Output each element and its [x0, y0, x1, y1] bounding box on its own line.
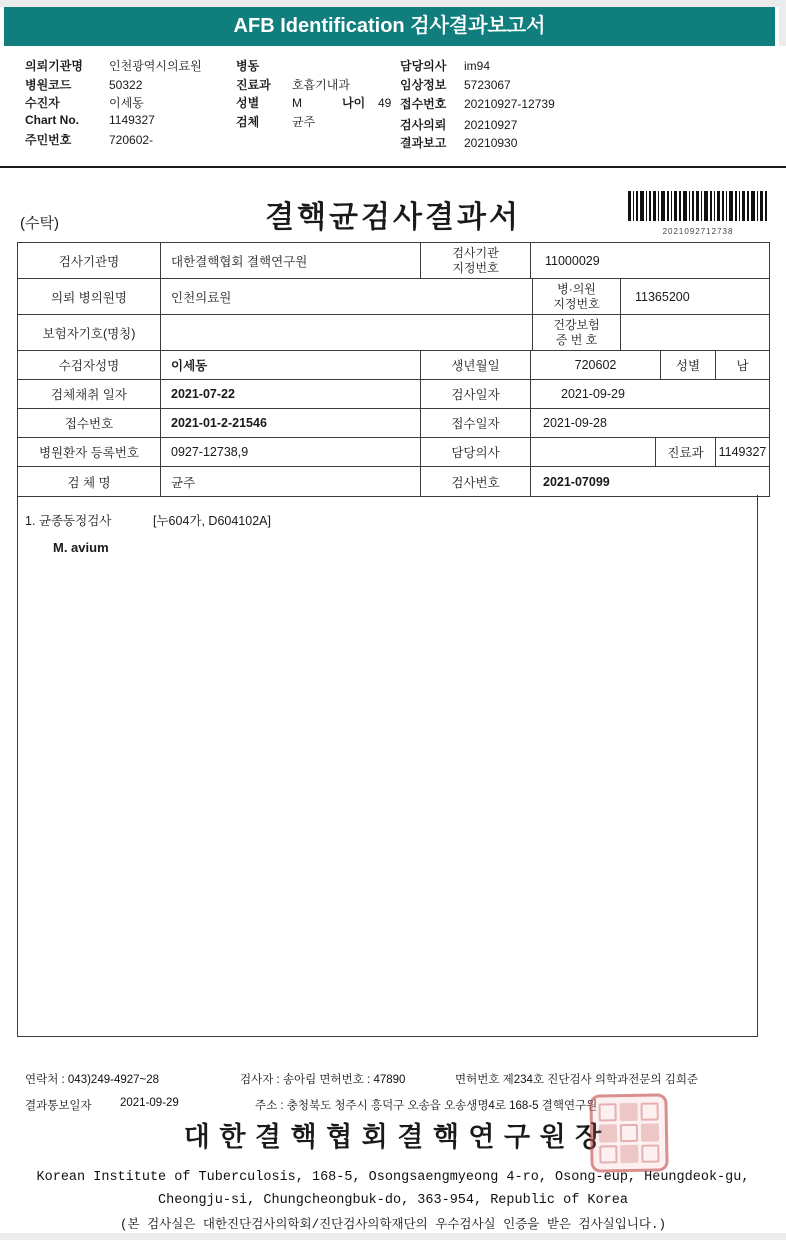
cell-label: 보험자기호(명칭) [18, 315, 161, 350]
cell-label: 담당의사 [421, 438, 531, 466]
field-label: 주민번호 [25, 131, 109, 148]
field-value: 20210930 [464, 136, 517, 150]
table-row: 수검자성명 이세동 생년월일 720602 성별 남 [18, 351, 769, 380]
field-value: 5723067 [464, 78, 511, 92]
cell-label: 수검자성명 [18, 351, 161, 379]
field-label: 담당의사 [400, 57, 464, 74]
address-english-line1: Korean Institute of Tuberculosis, 168-5,… [0, 1170, 786, 1185]
result-organism: M. avium [53, 540, 757, 555]
right-strip [779, 0, 786, 46]
table-row: 검 체 명 균주 검사번호 2021-07099 [18, 467, 769, 496]
report-header-title: AFB Identification 검사결과보고서 [234, 15, 546, 37]
result-test-code: [누604가, D604102A] [153, 511, 271, 529]
field-clinical-info: 임상정보5723067 [400, 76, 511, 93]
barcode-bars [628, 191, 768, 221]
cell-value: 2021-07-22 [161, 380, 421, 408]
field-ward: 병동 [236, 57, 292, 74]
field-value: 50322 [109, 78, 142, 92]
cell-label: 진료과 [656, 438, 716, 466]
field-patient-name: 수진자이세동 [25, 94, 144, 111]
address-english-line2: Cheongju-si, Chungcheongbuk-do, 363-954,… [0, 1193, 786, 1208]
cell-value: 균주 [161, 467, 421, 496]
cell-label: 검사기관명 [18, 243, 161, 278]
footer-contact: 연락처 : 043)249-4927~28 [25, 1071, 159, 1087]
cell-label: 건강보험 증 번 호 [533, 315, 621, 350]
cell-label: 검체채취 일자 [18, 380, 161, 408]
cell-label: 병원환자 등록번호 [18, 438, 161, 466]
result-test-name: 1. 균종동정검사 [25, 511, 153, 529]
field-label: 검사의뢰 [400, 116, 464, 133]
cell-value [531, 438, 656, 466]
field-requesting-org: 의뢰기관명인천광역시의료원 [25, 57, 202, 74]
lab-info-table: 검사기관명 대한결핵협회 결핵연구원 검사기관 지정번호 11000029 의뢰… [17, 242, 770, 497]
bottom-strip [0, 1233, 786, 1240]
table-row: 검사기관명 대한결핵협회 결핵연구원 검사기관 지정번호 11000029 [18, 243, 769, 279]
field-hospital-code: 병원코드50322 [25, 76, 142, 93]
cell-label: 생년월일 [421, 351, 531, 379]
cell-value: 대한결핵협회 결핵연구원 [161, 243, 421, 278]
footer-report-date-label: 결과통보일자 [25, 1097, 92, 1113]
footer-examiner: 검사자 : 송아림 면허번호 : 47890 [240, 1071, 405, 1087]
table-row: 검체채취 일자 2021-07-22 검사일자 2021-09-29 [18, 380, 769, 409]
barcode: 2021092712738 [628, 191, 768, 236]
field-value: 이세동 [109, 96, 144, 110]
cell-label: 의뢰 병의원명 [18, 279, 161, 314]
cell-label: 성별 [661, 351, 716, 379]
field-specimen: 검체균주 [236, 113, 315, 130]
table-row: 의뢰 병의원명 인천의료원 병·의원 지정번호 11365200 [18, 279, 769, 315]
cell-label: 접수번호 [18, 409, 161, 437]
results-box: 1. 균종동정검사 [누604가, D604102A] M. avium [17, 495, 758, 1037]
field-label: 수진자 [25, 94, 109, 111]
field-value: 인천광역시의료원 [109, 59, 202, 73]
section-divider [0, 166, 786, 168]
field-accession-no: 접수번호20210927-12739 [400, 95, 555, 112]
field-label: 나이 [342, 94, 378, 111]
cell-label: 병·의원 지정번호 [533, 279, 621, 314]
field-label: 검체 [236, 113, 292, 130]
cell-value: 인천의료원 [161, 279, 533, 314]
cell-value [621, 315, 769, 350]
cell-value: 0927-12738,9 [161, 438, 421, 466]
field-value: 720602- [109, 133, 153, 147]
cell-value: 1149327 [716, 438, 769, 466]
field-value: M [292, 96, 342, 110]
cell-label: 검사번호 [421, 467, 531, 496]
field-label: 임상정보 [400, 76, 464, 93]
field-value: 49 [378, 96, 391, 110]
field-label: 성별 [236, 94, 292, 111]
table-row: 보험자기호(명칭) 건강보험 증 번 호 [18, 315, 769, 351]
field-order-date: 검사의뢰20210927 [400, 116, 517, 133]
field-value: 20210927-12739 [464, 97, 555, 111]
cell-value: 남 [716, 351, 769, 379]
field-label: 접수번호 [400, 95, 464, 112]
field-department: 진료과호흡기내과 [236, 76, 350, 93]
footer-address-kr: 주소 : 충청북도 청주시 흥덕구 오송읍 오송생명4로 168-5 결핵연구원 [255, 1097, 597, 1113]
field-result-date: 결과보고20210930 [400, 134, 517, 151]
cell-value: 이세동 [161, 351, 421, 379]
field-value: 1149327 [109, 113, 155, 127]
field-label: 병원코드 [25, 76, 109, 93]
report-header-bar: AFB Identification 검사결과보고서 [4, 7, 775, 46]
cell-value: 2021-09-29 [531, 380, 769, 408]
cell-value: 2021-01-2-21546 [161, 409, 421, 437]
report-page: AFB Identification 검사결과보고서 의뢰기관명인천광역시의료원… [0, 0, 786, 1240]
cell-value: 2021-07099 [531, 467, 769, 496]
cell-value [161, 315, 533, 350]
field-sex-age: 성별M나이49 [236, 94, 391, 111]
official-seal-stamp [589, 1093, 668, 1172]
field-label: 병동 [236, 57, 292, 74]
cell-label: 검사일자 [421, 380, 531, 408]
field-label: Chart No. [25, 113, 109, 127]
cell-value: 11365200 [621, 279, 769, 314]
cell-label: 접수일자 [421, 409, 531, 437]
field-label: 결과보고 [400, 134, 464, 151]
certification-note: (본 검사실은 대한진단검사의학회/진단검사의학재단의 우수검사실 인증을 받은… [0, 1214, 786, 1232]
cell-value: 11000029 [531, 243, 769, 278]
cell-label: 검사기관 지정번호 [421, 243, 531, 278]
field-label: 의뢰기관명 [25, 57, 109, 74]
field-value: im94 [464, 59, 490, 73]
field-chart-no: Chart No.1149327 [25, 113, 155, 127]
field-value: 20210927 [464, 118, 517, 132]
top-strip [0, 0, 786, 7]
field-resident-no: 주민번호720602- [25, 131, 153, 148]
barcode-number: 2021092712738 [628, 227, 768, 236]
table-row: 병원환자 등록번호 0927-12738,9 담당의사 진료과 1149327 [18, 438, 769, 467]
cell-label: 검 체 명 [18, 467, 161, 496]
footer-license: 면허번호 제234호 진단검사 의학과전문의 김희준 [455, 1071, 698, 1087]
cell-value: 2021-09-28 [531, 409, 769, 437]
result-item: 1. 균종동정검사 [누604가, D604102A] [25, 511, 757, 529]
footer-report-date: 2021-09-29 [120, 1097, 179, 1109]
field-value: 호흡기내과 [292, 78, 350, 92]
field-value: 균주 [292, 115, 315, 129]
field-label: 진료과 [236, 76, 292, 93]
field-doctor: 담당의사im94 [400, 57, 490, 74]
cell-value: 720602 [531, 351, 661, 379]
table-row: 접수번호 2021-01-2-21546 접수일자 2021-09-28 [18, 409, 769, 438]
